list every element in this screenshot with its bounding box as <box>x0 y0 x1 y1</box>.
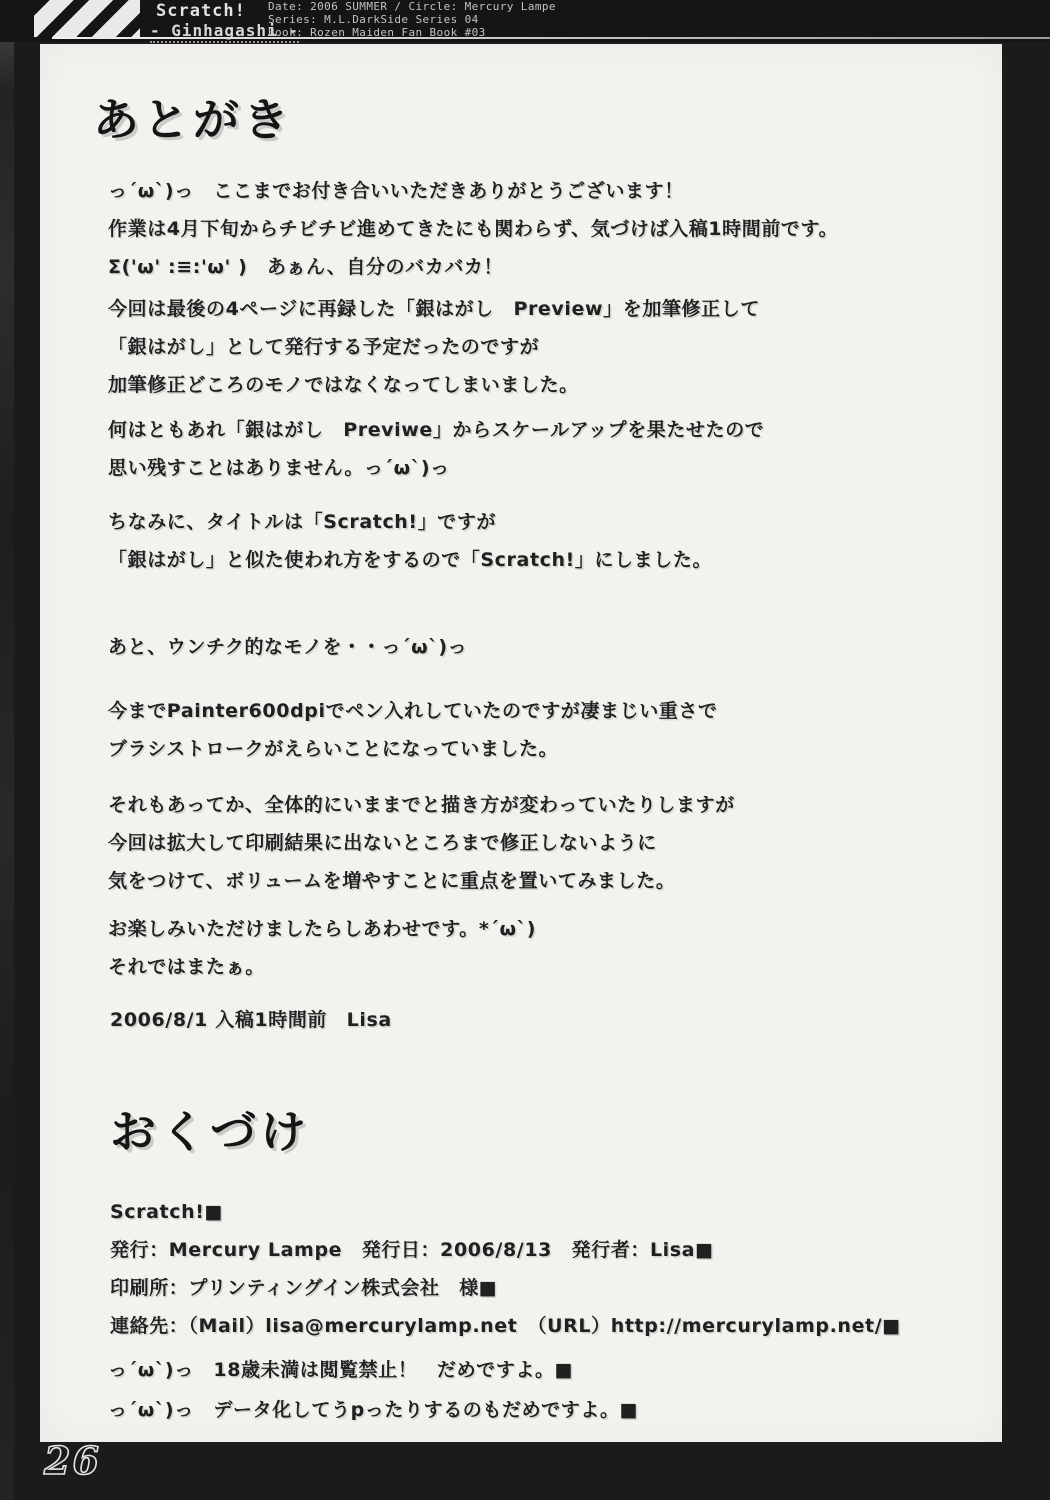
page-number: 26 <box>44 1438 101 1483</box>
colophon-line: 印刷所：プリンティングイン株式会社 様■ <box>110 1269 901 1307</box>
colophon-line: 連絡先：（Mail）lisa@mercurylamp.net （URL）http… <box>110 1307 901 1345</box>
diagonal-stripes-icon <box>34 0 140 37</box>
text-line: 「銀はがし」として発行する予定だったのですが <box>108 328 760 366</box>
header-meta-series: Series: M.L.DarkSide Series 04 <box>268 13 556 26</box>
text-line: 「銀はがし」と似た使われ方をするので「Scratch!」にしました。 <box>108 541 712 579</box>
colophon: Scratch!■ 発行：Mercury Lampe 発行日：2006/8/13… <box>110 1193 901 1345</box>
text-line: っ´ω`)っ ここまでお付き合いいただきありがとうございます！ <box>108 172 838 210</box>
text-line: それではまたぁ。 <box>108 948 536 986</box>
scan-edge-artifact <box>0 0 14 1500</box>
text-line: 今回は最後の4ページに再録した「銀はがし Preview」を加筆修正して <box>108 290 760 328</box>
afterword-paragraph: ちなみに、タイトルは「Scratch!」ですが 「銀はがし」と似た使われ方をする… <box>108 503 712 579</box>
warning-line: っ´ω`)っ データ化してうpったりするのもだめですよ。■ <box>108 1390 638 1430</box>
page-header: Scratch! - Ginhagashi - Date: 2006 SUMME… <box>0 0 1050 42</box>
header-meta-date-circle: Date: 2006 SUMMER / Circle: Mercury Lamp… <box>268 0 556 13</box>
text-line: ちなみに、タイトルは「Scratch!」ですが <box>108 503 712 541</box>
text-line: 何はともあれ「銀はがし Previwe」からスケールアップを果たせたので <box>108 411 764 449</box>
text-line: お楽しみいただけましたらしあわせです。*´ω`) <box>108 910 536 948</box>
afterword-paragraph: 今までPainter600dpiでペン入れしていたのですが凄まじい重さで ブラシ… <box>108 692 718 768</box>
scanned-doujin-page: { "header": { "title": "Scratch!", "subt… <box>0 0 1050 1500</box>
text-line: あと、ウンチク的なモノを・・っ´ω`)っ <box>108 628 467 666</box>
afterword-paragraph: あと、ウンチク的なモノを・・っ´ω`)っ <box>108 628 467 666</box>
text-line: 作業は4月下旬からチビチビ進めてきたにも関わらず、気づけば入稿1時間前です。 <box>108 210 838 248</box>
text-line: 思い残すことはありません。っ´ω`)っ <box>108 449 764 487</box>
afterword-heading: あとがき <box>93 85 293 148</box>
text-line: 今までPainter600dpiでペン入れしていたのですが凄まじい重さで <box>108 692 718 730</box>
colophon-line: 発行：Mercury Lampe 発行日：2006/8/13 発行者：Lisa■ <box>110 1231 901 1269</box>
text-line: 加筆修正どころのモノではなくなってしまいました。 <box>108 366 760 404</box>
warning-line: っ´ω`)っ 18歳未満は閲覧禁止！ だめですよ。■ <box>108 1350 638 1390</box>
header-meta: Date: 2006 SUMMER / Circle: Mercury Lamp… <box>268 0 556 39</box>
text-line: 今回は拡大して印刷結果に出ないところまで修正しないように <box>108 824 735 862</box>
colophon-heading: おくづけ <box>110 1097 310 1160</box>
text-line: 気をつけて、ボリュームを増やすことに重点を置いてみました。 <box>108 862 735 900</box>
afterword-paragraph: お楽しみいただけましたらしあわせです。*´ω`) それではまたぁ。 <box>108 910 536 986</box>
book-title: Scratch! <box>156 1 246 21</box>
afterword-paragraph: っ´ω`)っ ここまでお付き合いいただきありがとうございます！ 作業は4月下旬か… <box>108 172 838 286</box>
page-body: あとがき っ´ω`)っ ここまでお付き合いいただきありがとうございます！ 作業は… <box>40 44 1002 1442</box>
afterword-paragraph: 今回は最後の4ページに再録した「銀はがし Preview」を加筆修正して 「銀は… <box>108 290 760 404</box>
signoff-line: 2006/8/1 入稿1時間前 Lisa <box>110 1001 392 1039</box>
warning-notes: っ´ω`)っ 18歳未満は閲覧禁止！ だめですよ。■ っ´ω`)っ データ化して… <box>108 1350 638 1430</box>
afterword-paragraph: それもあってか、全体的にいままでと描き方が変わっていたりしますが 今回は拡大して… <box>108 786 735 900</box>
signoff: 2006/8/1 入稿1時間前 Lisa <box>110 1001 392 1039</box>
colophon-line: Scratch!■ <box>110 1193 901 1231</box>
text-line: それもあってか、全体的にいままでと描き方が変わっていたりしますが <box>108 786 735 824</box>
text-line: Σ('ω' :≡:'ω' ) あぁん、自分のバカバカ！ <box>108 248 838 286</box>
afterword-paragraph: 何はともあれ「銀はがし Previwe」からスケールアップを果たせたので 思い残… <box>108 411 764 487</box>
header-underline <box>52 37 1050 39</box>
text-line: ブラシストロークがえらいことになっていました。 <box>108 730 718 768</box>
